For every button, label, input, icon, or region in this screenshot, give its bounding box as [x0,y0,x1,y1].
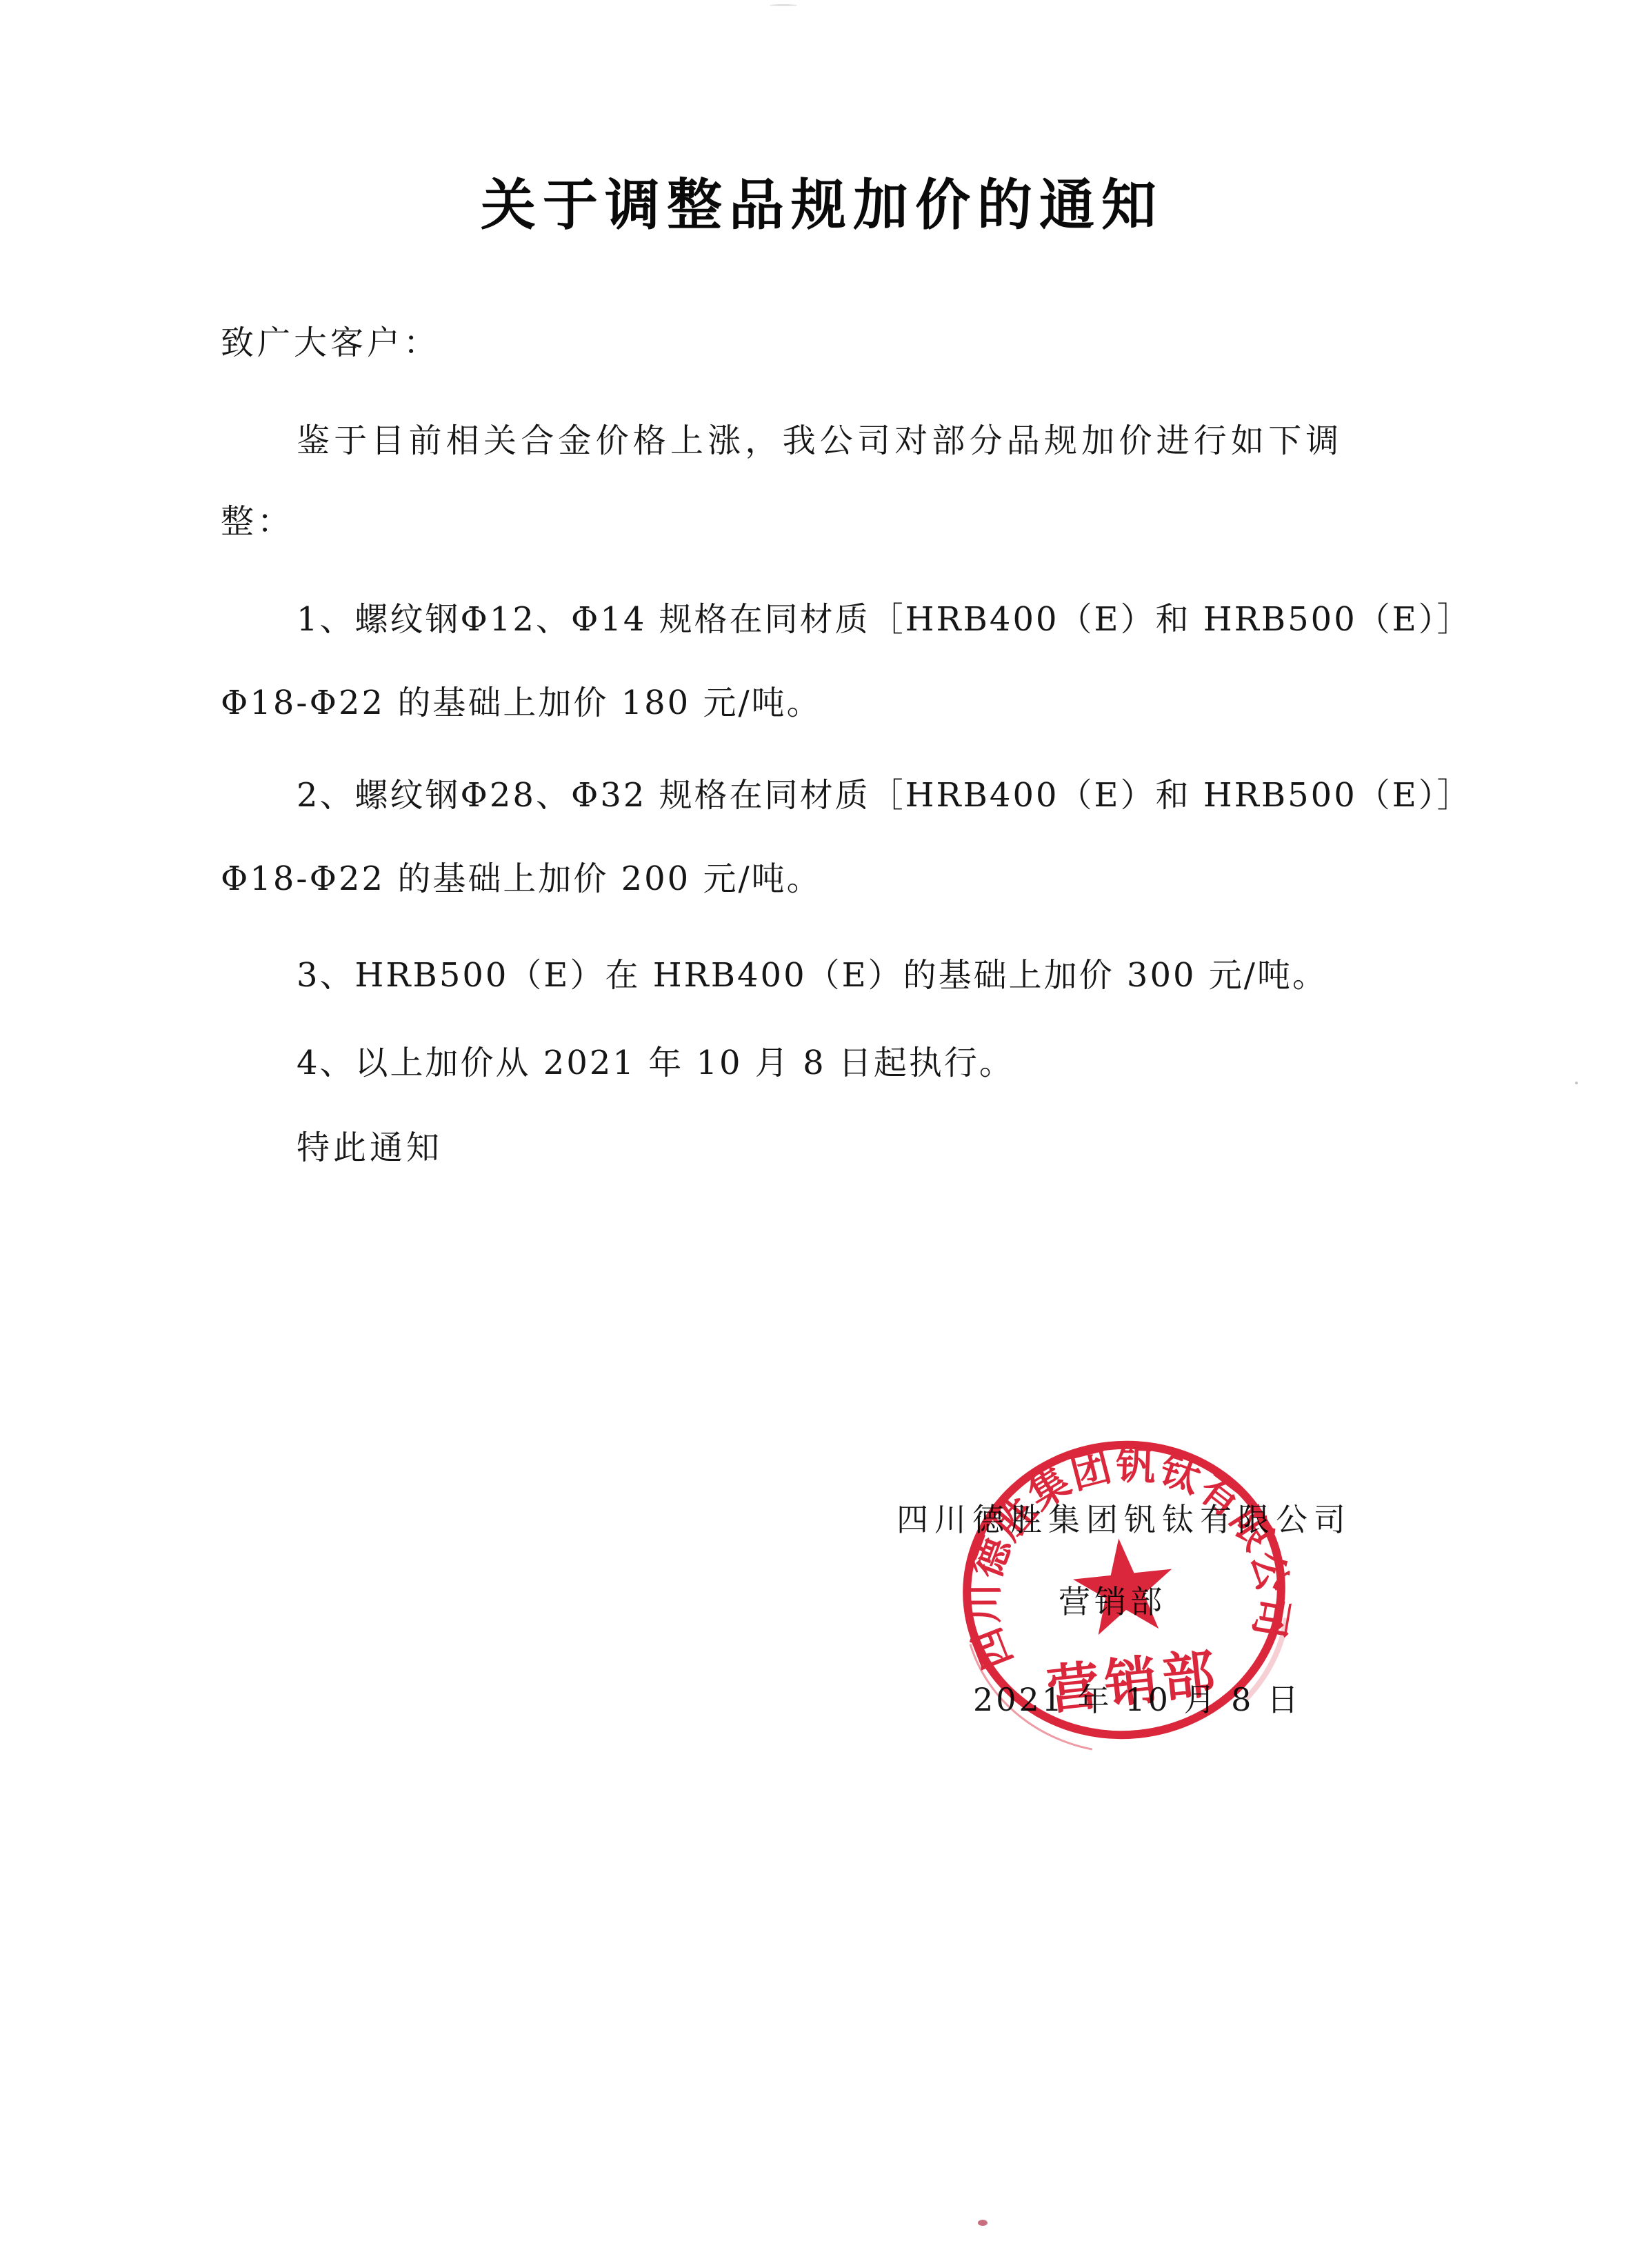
item-4: 4、以上加价从 2021 年 10 月 8 日起执行。 [297,1042,1014,1084]
signature-date: 2021 年 10 月 8 日 [973,1679,1301,1720]
scan-speck [770,4,797,6]
item-1-line-1: 1、螺纹钢Φ12、Φ14 规格在同材质［HRB400（E）和 HRB500（E）… [297,599,1472,640]
item-3: 3、HRB500（E）在 HRB400（E）的基础上加价 300 元/吨。 [297,955,1327,996]
item-1-line-2: Φ18-Φ22 的基础上加价 180 元/吨。 [221,682,822,724]
notice-page: 关于调整品规加价的通知 致广大客户： 鉴于目前相关合金价格上涨，我公司对部分品规… [0,0,1644,2268]
seal-arc-text: 四川德胜集团钒钛有限公司 [943,1424,1303,1677]
item-2-line-1: 2、螺纹钢Φ28、Φ32 规格在同材质［HRB400（E）和 HRB500（E）… [297,775,1472,816]
signature-department: 营销部 [1059,1581,1166,1622]
item-2-line-2: Φ18-Φ22 的基础上加价 200 元/吨。 [221,858,822,899]
intro-paragraph-line-1: 鉴于目前相关合金价格上涨，我公司对部分品规加价进行如下调 [297,420,1343,461]
scan-speck [1575,1082,1578,1084]
closing-text: 特此通知 [297,1127,443,1168]
scan-speck [978,2220,988,2226]
intro-paragraph-line-2: 整： [221,501,294,542]
salutation: 致广大客户： [221,322,440,364]
document-title: 关于调整品规加价的通知 [0,171,1644,240]
signature-company: 四川德胜集团钒钛有限公司 [896,1499,1352,1540]
